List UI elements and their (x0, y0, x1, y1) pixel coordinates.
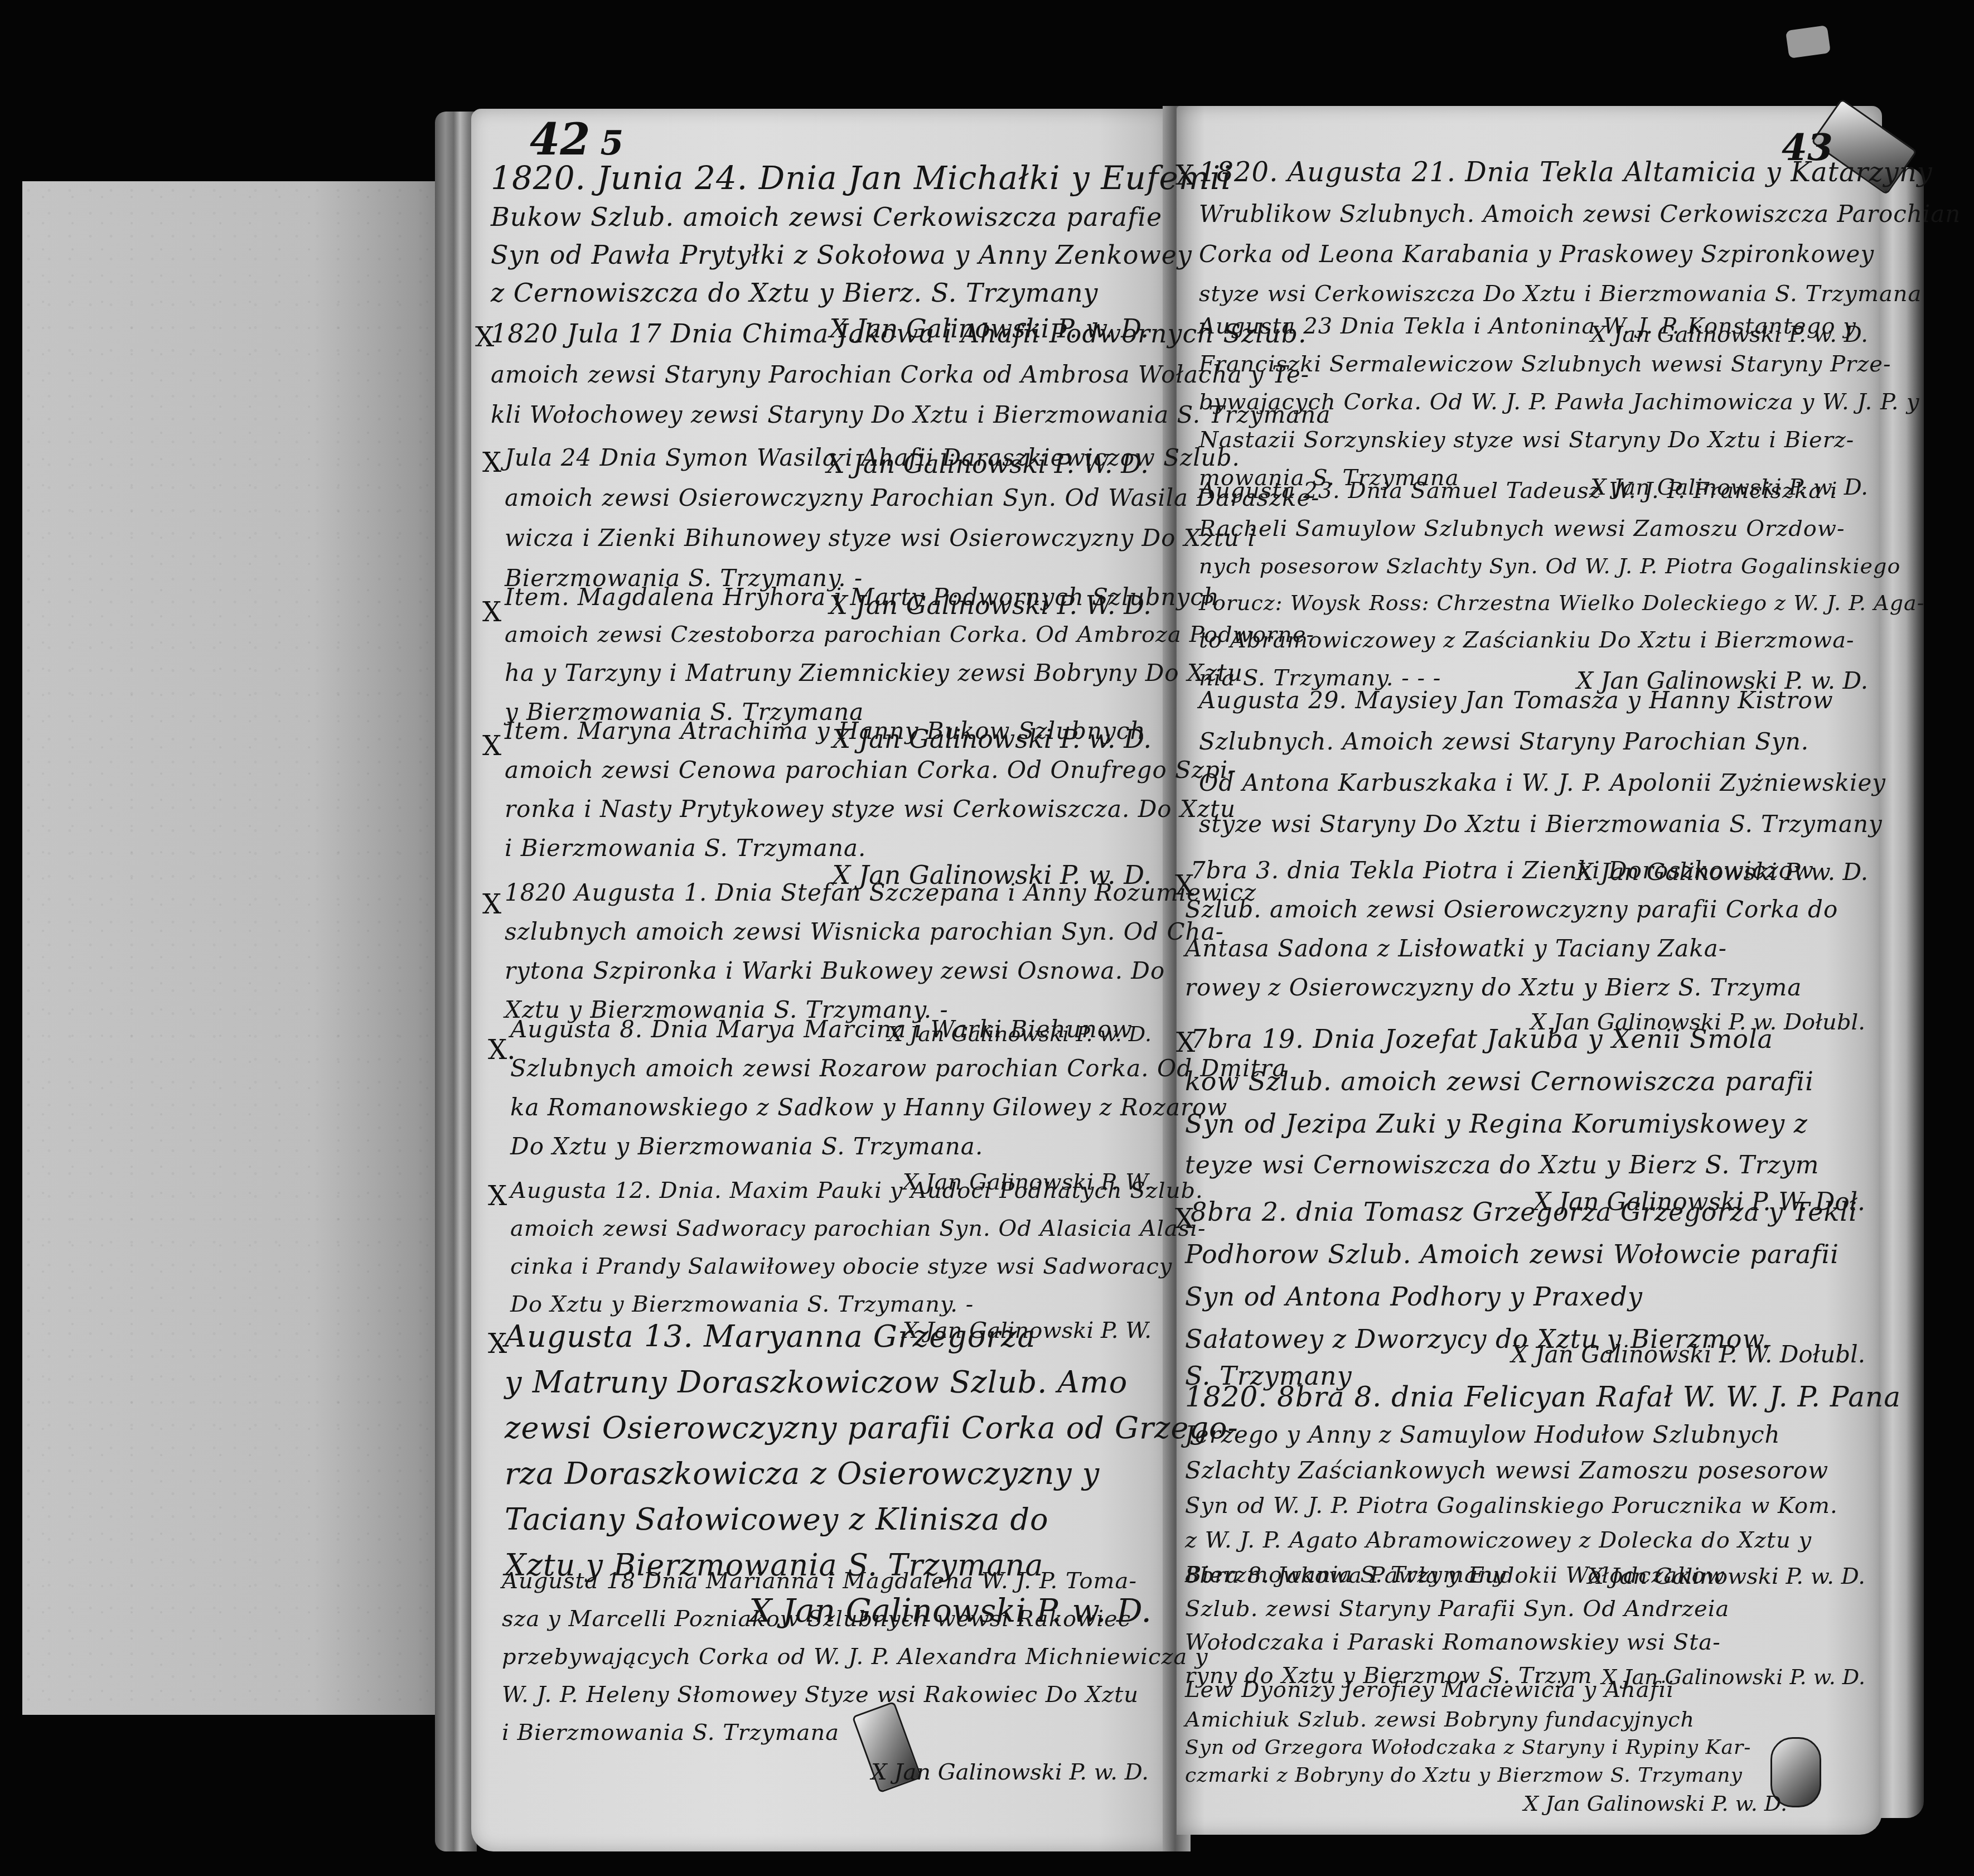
entry-mark: X (488, 1181, 507, 1212)
entry-line: styze wsi Staryny Do Xztu i Bierzmowania… (1199, 813, 1868, 836)
register-entry: X 7bra 3. dnia Tekla Piotra i Zienki Dor… (1185, 859, 1865, 1035)
entry-line: 1820. 8bra 8. dnia Felicyan Rafał W. W. … (1185, 1383, 1865, 1411)
entry-mark: X. (488, 1034, 515, 1066)
entry-line: bywających Corka. Od W. J. P. Pawła Jach… (1199, 391, 1868, 413)
entry-line: Syn od Pawła Prytyłki z Sokołowa y Anny … (491, 242, 1149, 268)
entry-line: Jerzego y Anny z Samuylow Hodułow Szlubn… (1185, 1423, 1865, 1447)
entry-line: styze wsi Cerkowiszcza Do Xztu i Bierzmo… (1199, 283, 1868, 305)
entry-line: cinka i Prandy Salawiłowey obocie styze … (510, 1255, 1151, 1278)
entry-mark: X (1175, 1203, 1194, 1235)
entry-line: 7bra 19. Dnia Jozefat Jakuba y Xenii Smo… (1185, 1026, 1865, 1052)
entry-line: Antasa Sadona z Lisłowatki y Taciany Zak… (1185, 937, 1865, 960)
register-entry: X Item. Maryna Atrachima y Hanny Bukow S… (505, 719, 1151, 890)
entry-line: amoich zewsi Staryny Parochian Corka od … (491, 363, 1149, 386)
entry-line: amoich zewsi Osierowczyzny Parochian Syn… (505, 486, 1151, 510)
register-entry: Augusta 23. Dnia Samuel Tadeusz W. J. P.… (1199, 480, 1868, 694)
register-entry: 1820. Junia 24. Dnia Jan Michałki y Eufe… (491, 162, 1149, 344)
blank-cover-board (22, 181, 438, 1715)
entry-line: Od Antona Karbuszkaka i W. J. P. Apoloni… (1199, 771, 1868, 795)
entry-mark: X (1175, 160, 1194, 191)
entry-line: 1820 Augusta 1. Dnia Stefan Szczepana i … (505, 881, 1151, 905)
entry-line: i Bierzmowania S. Trzymana. (505, 837, 866, 860)
entry-line: teyze wsi Cernowiszcza do Xztu y Bierz S… (1185, 1153, 1865, 1178)
entry-line: ka Romanowskiego z Sadkow y Hanny Gilowe… (510, 1096, 1151, 1119)
entry-line: 1820. Junia 24. Dnia Jan Michałki y Eufe… (491, 162, 1149, 194)
entry-line: Augusta 12. Dnia. Maxim Pauki y Audoci P… (510, 1179, 1151, 1202)
entry-line: i Bierzmowania S. Trzymana (502, 1722, 1149, 1744)
entry-line: Augusta 23 Dnia Tekla i Antonina W. J. P… (1199, 315, 1868, 337)
entry-line: 1820 Jula 17 Dnia Chima Jakowa i Ahafii … (491, 321, 1149, 346)
register-entry: 1820. 8bra 8. dnia Felicyan Rafał W. W. … (1185, 1383, 1865, 1589)
entry-mark: X (488, 1328, 507, 1360)
entry-mark: X (482, 731, 501, 762)
entry-line: Item. Magdalena Hryhora i Marty Podworny… (505, 586, 1151, 609)
entry-line: Szlachty Zaściankowych wewsi Zamoszu pos… (1185, 1459, 1865, 1482)
entry-line: Taciany Sałowicowey z Klinisza do (505, 1505, 1151, 1535)
entry-line: Lew Dyonizy Jerofiey Maciewicia y Ahafii (1185, 1679, 1865, 1701)
entry-mark: X (475, 322, 494, 353)
entry-line: Racheli Samuylow Szlubnych wewsi Zamoszu… (1199, 518, 1868, 540)
entry-line: Szlub. zewsi Staryny Parafii Syn. Od And… (1185, 1598, 1865, 1620)
entry-line: z Cernowiszcza do Xztu y Bierz. S. Trzym… (491, 280, 1149, 306)
register-entry: Augusta 23 Dnia Tekla i Antonina W. J. P… (1199, 315, 1868, 500)
entry-line: amoich zewsi Czestoborza parochian Corka… (505, 623, 1151, 646)
entry-line: Porucz: Woysk Ross: Chrzestna Wielko Dol… (1199, 592, 1868, 613)
entry-line: Podhorow Szlub. Amoich zewsi Wołowcie pa… (1185, 1241, 1865, 1267)
entry-line: Bukow Szlub. amoich zewsi Cerkowiszcza p… (491, 204, 1149, 230)
entry-line: W. J. P. Heleny Słomowey Styze wsi Rakow… (502, 1684, 1149, 1706)
entry-line: Szlub. amoich zewsi Osierowczyzny parafi… (1185, 898, 1865, 921)
entry-line: Syn od Antona Podhory y Praxedy (1185, 1284, 1865, 1309)
entry-line: z W. J. P. Agato Abramowiczowey z Doleck… (1185, 1529, 1865, 1551)
entry-line: Augusta 13. Maryanna Grzegorza (505, 1322, 1151, 1352)
page-edges-right (1879, 167, 1924, 1818)
entry-line: sza y Marcelli Pozniakow Szlubnych wewsi… (502, 1608, 1149, 1630)
entry-line: to Abramowiczowey z Zaściankiu Do Xztu i… (1199, 629, 1868, 651)
entry-line: Item. Maryna Atrachima y Hanny Bukow Szl… (505, 719, 1151, 743)
register-entry: X 7bra 19. Dnia Jozefat Jakuba y Xenii S… (1185, 1026, 1865, 1216)
entry-line: Augusta 23. Dnia Samuel Tadeusz W. J. P.… (1199, 480, 1868, 502)
entry-line: 8bra 2. dnia Tomasz Grzegorza Grzegorza … (1185, 1199, 1865, 1225)
entry-line: Syn od W. J. P. Piotra Gogalinskiego Por… (1185, 1495, 1865, 1517)
entry-line: Syn od Jezipa Zuki y Regina Korumiyskowe… (1185, 1111, 1865, 1137)
entry-mark: X (1176, 1027, 1195, 1058)
entry-line: zewsi Osierowczyzny parafii Corka od Grz… (505, 1413, 1151, 1443)
entry-line: Syn od Grzegora Wołodczaka z Staryny i R… (1185, 1738, 1865, 1758)
entry-line: ronka i Nasty Prytykowey styze wsi Cerko… (505, 797, 1151, 821)
entry-line: y Matruny Doraszkowiczow Szlub. Amo (505, 1367, 1151, 1398)
entry-line: 8bra 8. Jakowa Pawła y Eudokii Wołodczak… (1185, 1564, 1865, 1587)
entry-line: Szlubnych. Amoich zewsi Staryny Parochia… (1199, 730, 1868, 753)
entry-mark: X (482, 447, 501, 478)
entry-line: przebywających Corka od W. J. P. Alexand… (502, 1646, 1149, 1668)
entry-line: amoich zewsi Cenowa parochian Corka. Od … (505, 758, 1151, 782)
register-entry: Lew Dyonizy Jerofiey Maciewicia y Ahafii… (1185, 1679, 1865, 1816)
entry-line: Augusta 29. Maysiey Jan Tomasza y Hanny … (1199, 689, 1868, 712)
entry-line: Szlubnych amoich zewsi Rozarow parochian… (510, 1057, 1151, 1080)
paper-scrap (1786, 25, 1831, 59)
register-entry: X. Augusta 8. Dnia Marya Marcina i Warki… (510, 1018, 1151, 1195)
entry-mark: X (482, 889, 501, 920)
entry-line: wicza i Zienki Bihunowey styze wsi Osier… (505, 526, 1151, 550)
register-entry: X 8bra 2. dnia Tomasz Grzegorza Grzegorz… (1185, 1199, 1865, 1389)
entry-line: amoich zewsi Sadworacy parochian Syn. Od… (510, 1217, 1151, 1240)
left-page-number: 425 (530, 114, 623, 165)
book-spine-edge (435, 112, 477, 1851)
entry-mark: X (482, 597, 501, 628)
register-entry: Augusta 18 Dnia Marianna i Magdalena W. … (502, 1570, 1149, 1785)
entry-line: rytona Szpironka i Warki Bukowey zewsi O… (505, 959, 1151, 983)
entry-line: Wrublikow Szlubnych. Amoich zewsi Cerkow… (1199, 202, 1868, 226)
entry-line: Jula 24 Dnia Symon Wasila i Ahafii Daras… (505, 446, 1151, 470)
entry-line: kli Wołochowey zewsi Staryny Do Xztu i B… (491, 403, 1149, 427)
entry-line: Augusta 18 Dnia Marianna i Magdalena W. … (502, 1570, 1149, 1592)
entry-mark: X (1175, 870, 1194, 901)
priest-signature: X Jan Galinowski P. w. D. (1185, 1791, 1865, 1816)
entry-line: Nastazii Sorzynskiey styze wsi Staryny D… (1199, 429, 1868, 451)
entry-line: 7bra 3. dnia Tekla Piotra i Zienki Doros… (1185, 859, 1865, 882)
entry-line: Sałatowey z Dworzycy do Xztu y Bierzmow. (1185, 1326, 1865, 1352)
entry-line: Amichiuk Szlub. zewsi Bobryny fundacyjny… (1185, 1709, 1865, 1730)
entry-line: Corka od Leona Karabania y Praskowey Szp… (1199, 243, 1868, 266)
entry-line: Wołodczaka i Paraski Romanowskiey wsi St… (1185, 1631, 1865, 1653)
entry-line: szlubnych amoich zewsi Wisnicka parochia… (505, 920, 1151, 944)
entry-line: Do Xztu y Bierzmowania S. Trzymana. (510, 1135, 983, 1158)
entry-line: Augusta 8. Dnia Marya Marcina i Warki Bi… (510, 1018, 1151, 1041)
entry-line: nia S. Trzymany. - - - (1199, 667, 1441, 689)
entry-line: rowey z Osierowczyzny do Xztu y Bierz S.… (1185, 976, 1865, 999)
entry-line: kow Szlub. amoich zewsi Cernowiszcza par… (1185, 1068, 1865, 1094)
entry-line: czmarki z Bobryny do Xztu y Bierzmow S. … (1185, 1766, 1865, 1786)
entry-line: 1820. Augusta 21. Dnia Tekla Altamicia y… (1199, 159, 1868, 186)
entry-line: rza Doraszkowicza z Osierowczyzny y (505, 1459, 1151, 1489)
entry-line: ha y Tarzyny i Matruny Ziemnickiey zewsi… (505, 661, 1151, 685)
entry-line: nych posesorow Szlachty Syn. Od W. J. P.… (1199, 555, 1868, 577)
entry-line: Do Xztu y Bierzmowania S. Trzymany. - (510, 1293, 1151, 1316)
entry-line: Franciszki Sermalewiczow Szlubnych wewsi… (1199, 353, 1868, 375)
priest-signature: X Jan Galinowski P. w. D. (502, 1759, 1149, 1785)
register-entry: 8bra 8. Jakowa Pawła y Eudokii Wołodczak… (1185, 1564, 1865, 1689)
